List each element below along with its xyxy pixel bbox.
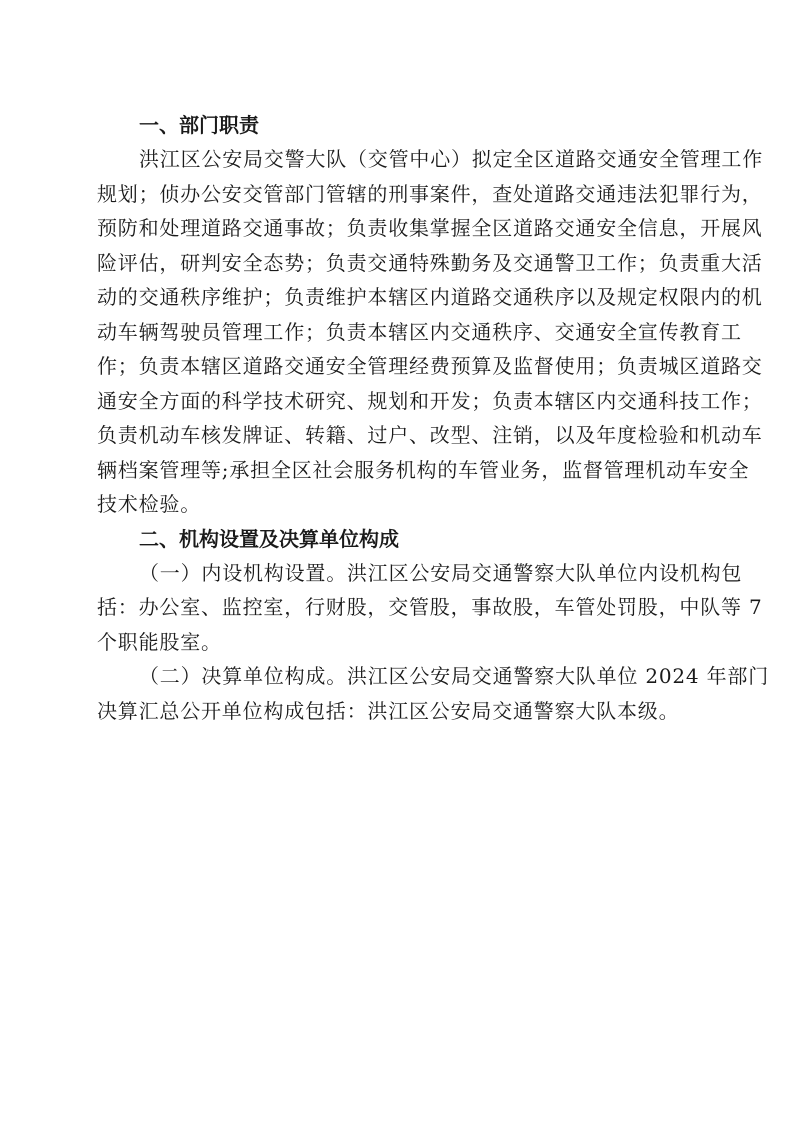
text-line: 动车辆驾驶员管理工作；负责本辖区内交通秩序、交通安全宣传教育工 (97, 315, 698, 350)
document-page: 一、部门职责 洪江区公安局交警大队（交管中心）拟定全区道路交通安全管理工作 规划… (97, 108, 698, 728)
text-line: （二）决算单位构成。洪江区公安局交通警察大队单位 2024 年部门 (97, 659, 698, 694)
paragraph-internal-structure: （一）内设机构设置。洪江区公安局交通警察大队单位内设机构包 括：办公室、监控室，… (97, 556, 698, 660)
text-line: 规划；侦办公安交管部门管辖的刑事案件，查处道路交通违法犯罪行为， (97, 177, 698, 212)
text-line: （一）内设机构设置。洪江区公安局交通警察大队单位内设机构包 (97, 556, 698, 591)
section-heading-organization: 二、机构设置及决算单位构成 (97, 522, 698, 556)
text-line: 决算汇总公开单位构成包括：洪江区公安局交通警察大队本级。 (97, 694, 698, 729)
text-line: 预防和处理道路交通事故；负责收集掌握全区道路交通安全信息，开展风 (97, 211, 698, 246)
paragraph-accounting-units: （二）决算单位构成。洪江区公安局交通警察大队单位 2024 年部门 决算汇总公开… (97, 659, 698, 728)
text-line: 辆档案管理等;承担全区社会服务机构的车管业务，监督管理机动车安全 (97, 453, 698, 488)
text-line: 通安全方面的科学技术研究、规划和开发；负责本辖区内交通科技工作； (97, 384, 698, 419)
paragraph-department-duties: 洪江区公安局交警大队（交管中心）拟定全区道路交通安全管理工作 规划；侦办公安交管… (97, 142, 698, 522)
text-line: 动的交通秩序维护；负责维护本辖区内道路交通秩序以及规定权限内的机 (97, 280, 698, 315)
text-line: 作；负责本辖区道路交通安全管理经费预算及监督使用；负责城区道路交 (97, 349, 698, 384)
text-line: 括：办公室、监控室，行财股，交管股，事故股，车管处罚股，中队等 7 (97, 590, 698, 625)
text-line: 险评估，研判安全态势；负责交通特殊勤务及交通警卫工作；负责重大活 (97, 246, 698, 281)
text-line: 负责机动车核发牌证、转籍、过户、改型、注销，以及年度检验和机动车 (97, 418, 698, 453)
section-heading-department-duties: 一、部门职责 (97, 108, 698, 142)
text-line: 个职能股室。 (97, 625, 698, 660)
text-line: 洪江区公安局交警大队（交管中心）拟定全区道路交通安全管理工作 (97, 142, 698, 177)
text-line: 技术检验。 (97, 487, 698, 522)
